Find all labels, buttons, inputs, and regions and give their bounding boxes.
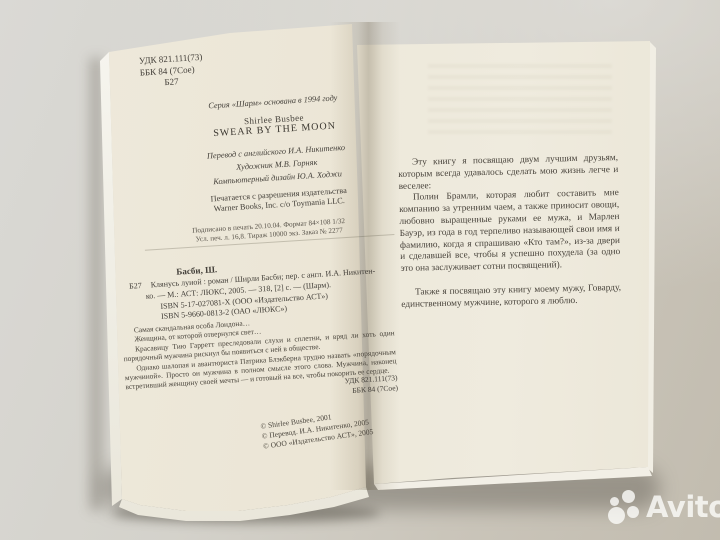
avito-dot-icon (610, 497, 619, 506)
left-page-text: УДК 821.111(73) ББК 84 (7Сое) Б27 Серия … (102, 29, 408, 496)
avito-logo-icon (608, 490, 641, 524)
dedication-paragraph: Также я посвящаю эту книгу моему мужу, Г… (401, 283, 621, 312)
dedication-paragraph: Полин Брамли, которая любит составить мн… (399, 188, 621, 276)
avito-watermark-label: Avito (646, 490, 720, 524)
print-info-block: Подписано в печать 20.10.04. Формат 84×1… (114, 212, 425, 252)
copyright-block: © Shirlee Busbee, 2001 © Перевод. И.А. Н… (260, 401, 423, 452)
page-showthrough (428, 64, 612, 140)
dedication-block: Эту книгу я посвящаю двум лучшим друзьям… (398, 153, 622, 358)
udk-bbk-block: УДК 821.111(73) ББК 84 (7Сое) Б27 (139, 47, 281, 90)
avito-dot-icon (622, 490, 635, 503)
avito-dot-icon (627, 506, 639, 518)
book-photo-scene: УДК 821.111(73) ББК 84 (7Сое) Б27 Серия … (0, 0, 720, 540)
catalog-card-code: Б27 (129, 281, 142, 291)
dedication-paragraph: Эту книгу я посвящаю двум лучшим друзьям… (398, 153, 619, 193)
avito-dot-icon (608, 507, 625, 524)
avito-watermark: Avito (608, 490, 720, 524)
book-left-shadow (90, 58, 102, 510)
